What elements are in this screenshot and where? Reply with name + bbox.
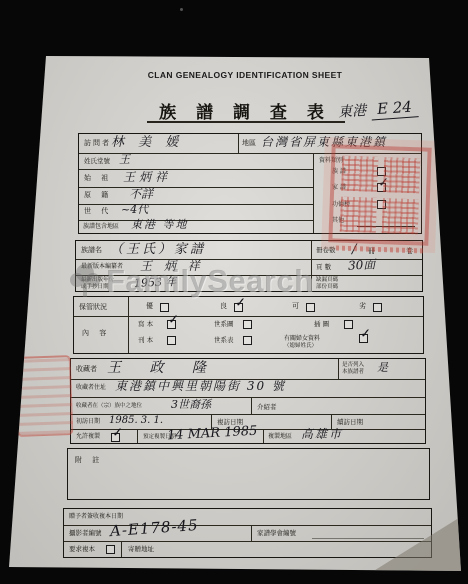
listed-in-genealogy-value: 是 (377, 362, 388, 373)
notes-box: 附 註 (67, 448, 430, 500)
interviewer-label: 訪問者 (84, 140, 111, 147)
generations-value: ~4代 (121, 204, 148, 215)
title-underline (147, 121, 345, 123)
condition-checkbox-poor (373, 303, 382, 312)
condition-label: 保管狀況 (79, 304, 107, 311)
copy-area-label: 複製地區 (268, 434, 292, 440)
origin-label: 原 籍 (84, 192, 112, 199)
photographer-number-label: 攝影者編號 (69, 530, 102, 537)
seal-glyph-block (383, 157, 420, 193)
interviewer-value: 林 美 媛 (111, 136, 183, 149)
grid-line (137, 429, 138, 443)
donor-receipt-date-label: 贈予者簽收複本日期 (69, 514, 123, 520)
request-copy-label: 要求複本 (69, 546, 95, 553)
english-title: CLAN GENEALOGY IDENTIFICATION SHEET (88, 70, 402, 80)
seal-glyph-block (341, 156, 378, 192)
missing-pages-label-line1: 缺漏頁碼 (316, 278, 338, 284)
first-ancestor-value: 王炳祥 (123, 171, 171, 183)
grid-line (338, 359, 339, 379)
grid-line (76, 275, 422, 276)
holder-position-label: 收藏者在（宗）族中之地位 (76, 404, 142, 410)
listed-in-genealogy-label-line2: 本族譜者 (342, 370, 364, 376)
holder-address-value: 東港鎮中興里朝陽街 30 號 (115, 380, 286, 392)
holder-value: 王 政 隆 (107, 361, 218, 375)
content-checkbox-pedigree-table (243, 336, 252, 345)
grid-line (79, 169, 313, 170)
red-seal-stamp (328, 144, 431, 245)
grid-line (311, 241, 312, 291)
chinese-title: 族 譜 調 查 表 (120, 98, 370, 123)
write-line (312, 538, 424, 539)
condition-option-label: 劣 (359, 303, 366, 310)
notes-label: 附 註 (75, 457, 103, 464)
listed-in-genealogy-label-line1: 是否列入 (342, 363, 364, 369)
film-code: 東港 E 24 (337, 96, 418, 121)
processing-box: 贈予者簽收複本日期 攝影者編號 A-E178-45 家譜學會編號 要求複本 寄贈… (63, 508, 432, 558)
first-visit-value: 1985. 3. 1. (109, 416, 163, 426)
grid-line (71, 397, 425, 398)
condition-option-label: 可 (292, 303, 299, 310)
grid-line (238, 134, 239, 153)
copy-area-value: 高雄市 (301, 428, 343, 440)
society-number-label: 家譜學會編號 (257, 530, 296, 537)
copy-allowed-checkbox: ✓ (111, 433, 120, 442)
content-option-label: 刊 本 (138, 337, 153, 344)
mailing-address-label: 寄贈地址 (128, 546, 154, 553)
content-checkbox-women-data: ✓ (359, 334, 368, 343)
editor-label: 最新版本編纂者 (81, 264, 123, 270)
area-label: 地區 (242, 140, 256, 147)
holder-box: 收藏者 王 政 隆 是否列入 本族譜者 是 收藏者住址 東港鎮中興里朝陽街 30… (70, 358, 426, 444)
publish-year-value: 1953 年 (134, 276, 177, 288)
page-count-label: 頁 數 (316, 264, 331, 271)
first-ancestor-label: 始 祖 (84, 175, 112, 182)
condition-checkbox-fair (306, 303, 315, 312)
content-checkbox-manuscript: ✓ (167, 320, 176, 329)
copy-date-value: 14 MAR 1985 (167, 425, 258, 443)
page-count-value: 30面 (348, 258, 376, 271)
check-mark: ✓ (167, 313, 178, 325)
grid-line (79, 204, 313, 205)
publish-year-label-line2: 或手抄日期 (81, 285, 109, 291)
content-checkbox-illustrations (344, 320, 353, 329)
seal-glyph-block (382, 198, 419, 234)
editor-value: 王 炳 祥 (140, 260, 204, 272)
surname-hall-value: 王 (119, 154, 130, 165)
content-option-label: 有關婦女資料 (284, 336, 320, 342)
content-option-label: 插 圖 (314, 321, 329, 328)
check-mark: ✓ (111, 426, 122, 438)
generations-label: 世 代 (84, 208, 112, 215)
condition-option-label: 良 (220, 303, 227, 310)
grid-line (79, 187, 313, 188)
contents-label: 內 容 (82, 330, 110, 337)
holder-address-label: 收藏者住址 (76, 385, 106, 391)
grid-line (121, 541, 122, 557)
left-margin-stamp (15, 355, 74, 437)
scanned-document-page: CLAN GENEALOGY IDENTIFICATION SHEET 族 譜 … (0, 0, 468, 584)
content-option-label: 寫 本 (138, 321, 153, 328)
origin-value: 不詳 (129, 188, 153, 200)
holder-position-value: 3世裔孫 (171, 399, 211, 410)
third-visit-label: 續訪日期 (337, 419, 363, 426)
grid-line (79, 220, 313, 221)
content-note: （媳婦姓氏） (284, 344, 317, 350)
grid-line (128, 297, 129, 353)
content-option-label: 世系圖 (214, 321, 234, 328)
paper-sheet: CLAN GENEALOGY IDENTIFICATION SHEET 族 譜 … (0, 0, 468, 584)
grid-line (313, 153, 314, 233)
content-checkbox-printed (167, 336, 176, 345)
grid-line (74, 316, 423, 317)
film-speck (180, 8, 183, 11)
volume-count-label: 冊卷數 (316, 247, 336, 254)
coverage-value: 東港 等地 (131, 219, 189, 230)
grid-line (64, 541, 431, 542)
condition-box: 保管狀況 優 良 ✓ 可 劣 內 容 寫 本 ✓ 世系圖 插 圖 刊 本 世系表… (73, 296, 424, 354)
copy-allowed-label: 允許複製 (76, 434, 100, 440)
film-code-place: 東港 (338, 103, 367, 121)
introducer-label: 介紹者 (257, 404, 277, 411)
grid-line (263, 429, 264, 443)
condition-option-label: 優 (146, 303, 153, 310)
content-option-label: 世系表 (214, 337, 234, 344)
publish-year-label-line1: 最新出版年份 (81, 278, 114, 284)
genealogy-name-label: 族譜名 (81, 247, 102, 254)
missing-pages-label-line2: 部份頁碼 (316, 285, 338, 291)
surname-hall-label: 姓氏堂號 (84, 158, 110, 165)
condition-checkbox-good: ✓ (234, 303, 243, 312)
content-checkbox-pedigree-chart (243, 320, 252, 329)
request-copy-checkbox (106, 545, 115, 554)
condition-checkbox-excellent (160, 303, 169, 312)
first-visit-label: 初訪日期 (76, 419, 100, 425)
coverage-label: 族譜包含地區 (83, 224, 119, 230)
holder-label: 收藏者 (76, 366, 97, 373)
photographer-number-value: A-E178-45 (110, 518, 199, 539)
seal-glyph-block (340, 197, 377, 233)
check-mark: ✓ (359, 327, 370, 339)
film-code-number: E 24 (371, 97, 419, 120)
check-mark: ✓ (234, 296, 245, 308)
grid-line (251, 525, 252, 541)
genealogy-name-value: （王氏）家譜 (110, 243, 206, 256)
grid-line (251, 397, 252, 414)
